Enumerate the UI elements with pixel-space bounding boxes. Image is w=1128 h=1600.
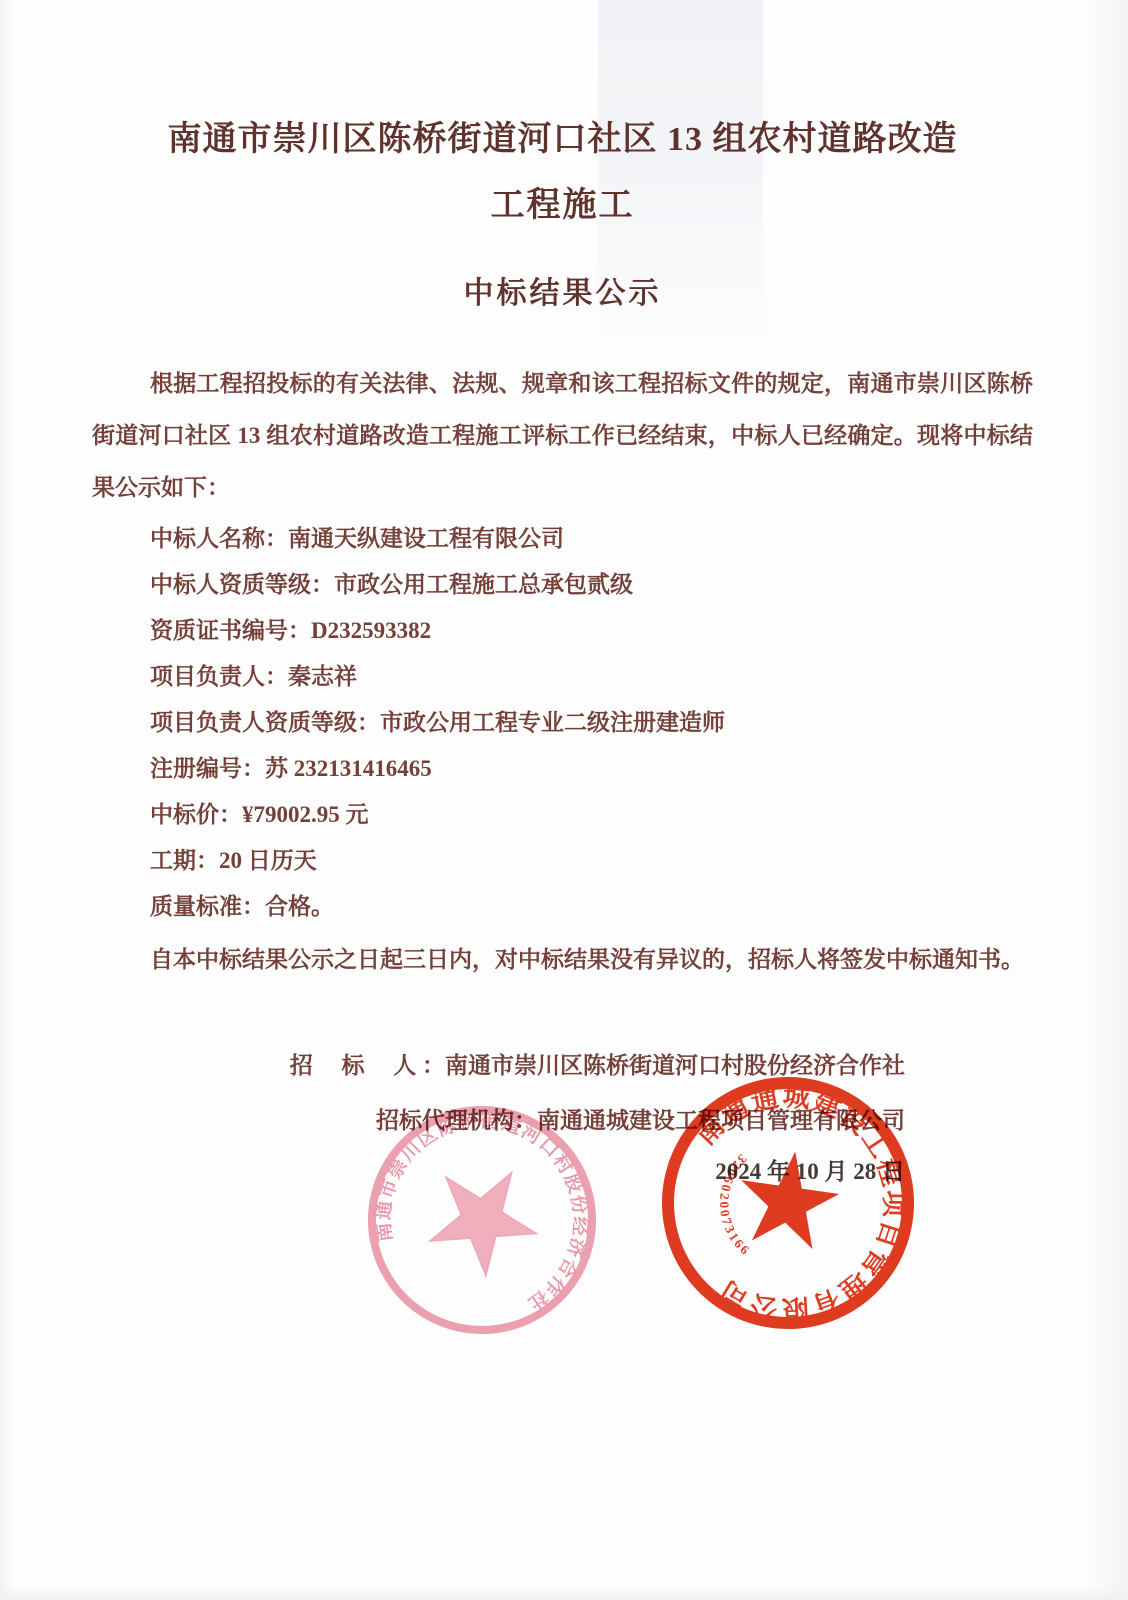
closing-paragraph: 自本中标结果公示之日起三日内，对中标结果没有异议的，招标人将签发中标通知书。 xyxy=(92,936,1033,984)
detail-line-duration: 工期：20 日历天 xyxy=(92,838,1033,884)
detail-label: 质量标准： xyxy=(150,894,265,919)
scan-artifact-band xyxy=(0,1586,1128,1600)
agency-seal: 南通通城建设工程项目管理有限公司 3206020073166 xyxy=(637,1052,938,1353)
scanned-document-page: 南通市崇川区陈桥街道河口社区 13 组农村道路改造 工程施工 中标结果公示 根据… xyxy=(0,0,1128,1600)
detail-line-winner-name: 中标人名称：南通天纵建设工程有限公司 xyxy=(92,516,1033,562)
detail-line-manager-qualification: 项目负责人资质等级：市政公用工程专业二级注册建造师 xyxy=(92,700,1033,746)
star-icon xyxy=(413,1144,557,1286)
detail-value: D232593382 xyxy=(311,618,431,643)
star-icon xyxy=(738,1145,848,1259)
title-line-1: 南通市崇川区陈桥街道河口社区 13 组农村道路改造 xyxy=(92,118,1033,162)
detail-value: 20 日历天 xyxy=(219,848,317,873)
detail-label: 注册编号： xyxy=(150,756,265,781)
detail-value: 苏 232131416465 xyxy=(265,756,432,781)
detail-label: 中标价： xyxy=(150,802,242,827)
intro-paragraph: 根据工程招投标的有关法律、法规、规章和该工程招标文件的规定，南通市崇川区陈桥街道… xyxy=(92,358,1033,514)
detail-line-registration-no: 注册编号：苏 232131416465 xyxy=(92,746,1033,792)
detail-line-winner-qualification: 中标人资质等级：市政公用工程施工总承包贰级 xyxy=(92,562,1033,608)
seal-code-number: 3206020073166 xyxy=(708,1150,767,1262)
detail-label: 项目负责人： xyxy=(150,664,288,689)
tenderer-label: 招 标 人 ： xyxy=(290,1053,445,1078)
document-content: 南通市崇川区陈桥街道河口社区 13 组农村道路改造 工程施工 中标结果公示 根据… xyxy=(0,0,1128,1195)
detail-value: 市政公用工程专业二级注册建造师 xyxy=(380,710,725,735)
detail-value: 南通天纵建设工程有限公司 xyxy=(288,526,564,551)
detail-value: ¥79002.95 元 xyxy=(242,802,369,827)
detail-value: 市政公用工程施工总承包贰级 xyxy=(334,572,633,597)
document-subtitle: 中标结果公示 xyxy=(92,276,1033,312)
detail-label: 资质证书编号： xyxy=(150,618,311,643)
svg-text:3206020073166: 3206020073166 xyxy=(708,1150,767,1262)
detail-line-certificate-no: 资质证书编号：D232593382 xyxy=(92,608,1033,654)
title-line-2: 工程施工 xyxy=(92,184,1033,228)
detail-label: 中标人名称： xyxy=(150,526,288,551)
detail-value: 合格。 xyxy=(265,894,334,919)
detail-value: 秦志祥 xyxy=(288,664,357,689)
detail-line-quality-standard: 质量标准：合格。 xyxy=(92,884,1033,930)
document-title: 南通市崇川区陈桥街道河口社区 13 组农村道路改造 工程施工 xyxy=(92,0,1033,228)
result-details-list: 中标人名称：南通天纵建设工程有限公司 中标人资质等级：市政公用工程施工总承包贰级… xyxy=(92,516,1033,930)
detail-label: 项目负责人资质等级： xyxy=(150,710,380,735)
detail-label: 中标人资质等级： xyxy=(150,572,334,597)
detail-line-bid-price: 中标价：¥79002.95 元 xyxy=(92,792,1033,838)
detail-line-project-manager: 项目负责人：秦志祥 xyxy=(92,654,1033,700)
detail-label: 工期： xyxy=(150,848,219,873)
